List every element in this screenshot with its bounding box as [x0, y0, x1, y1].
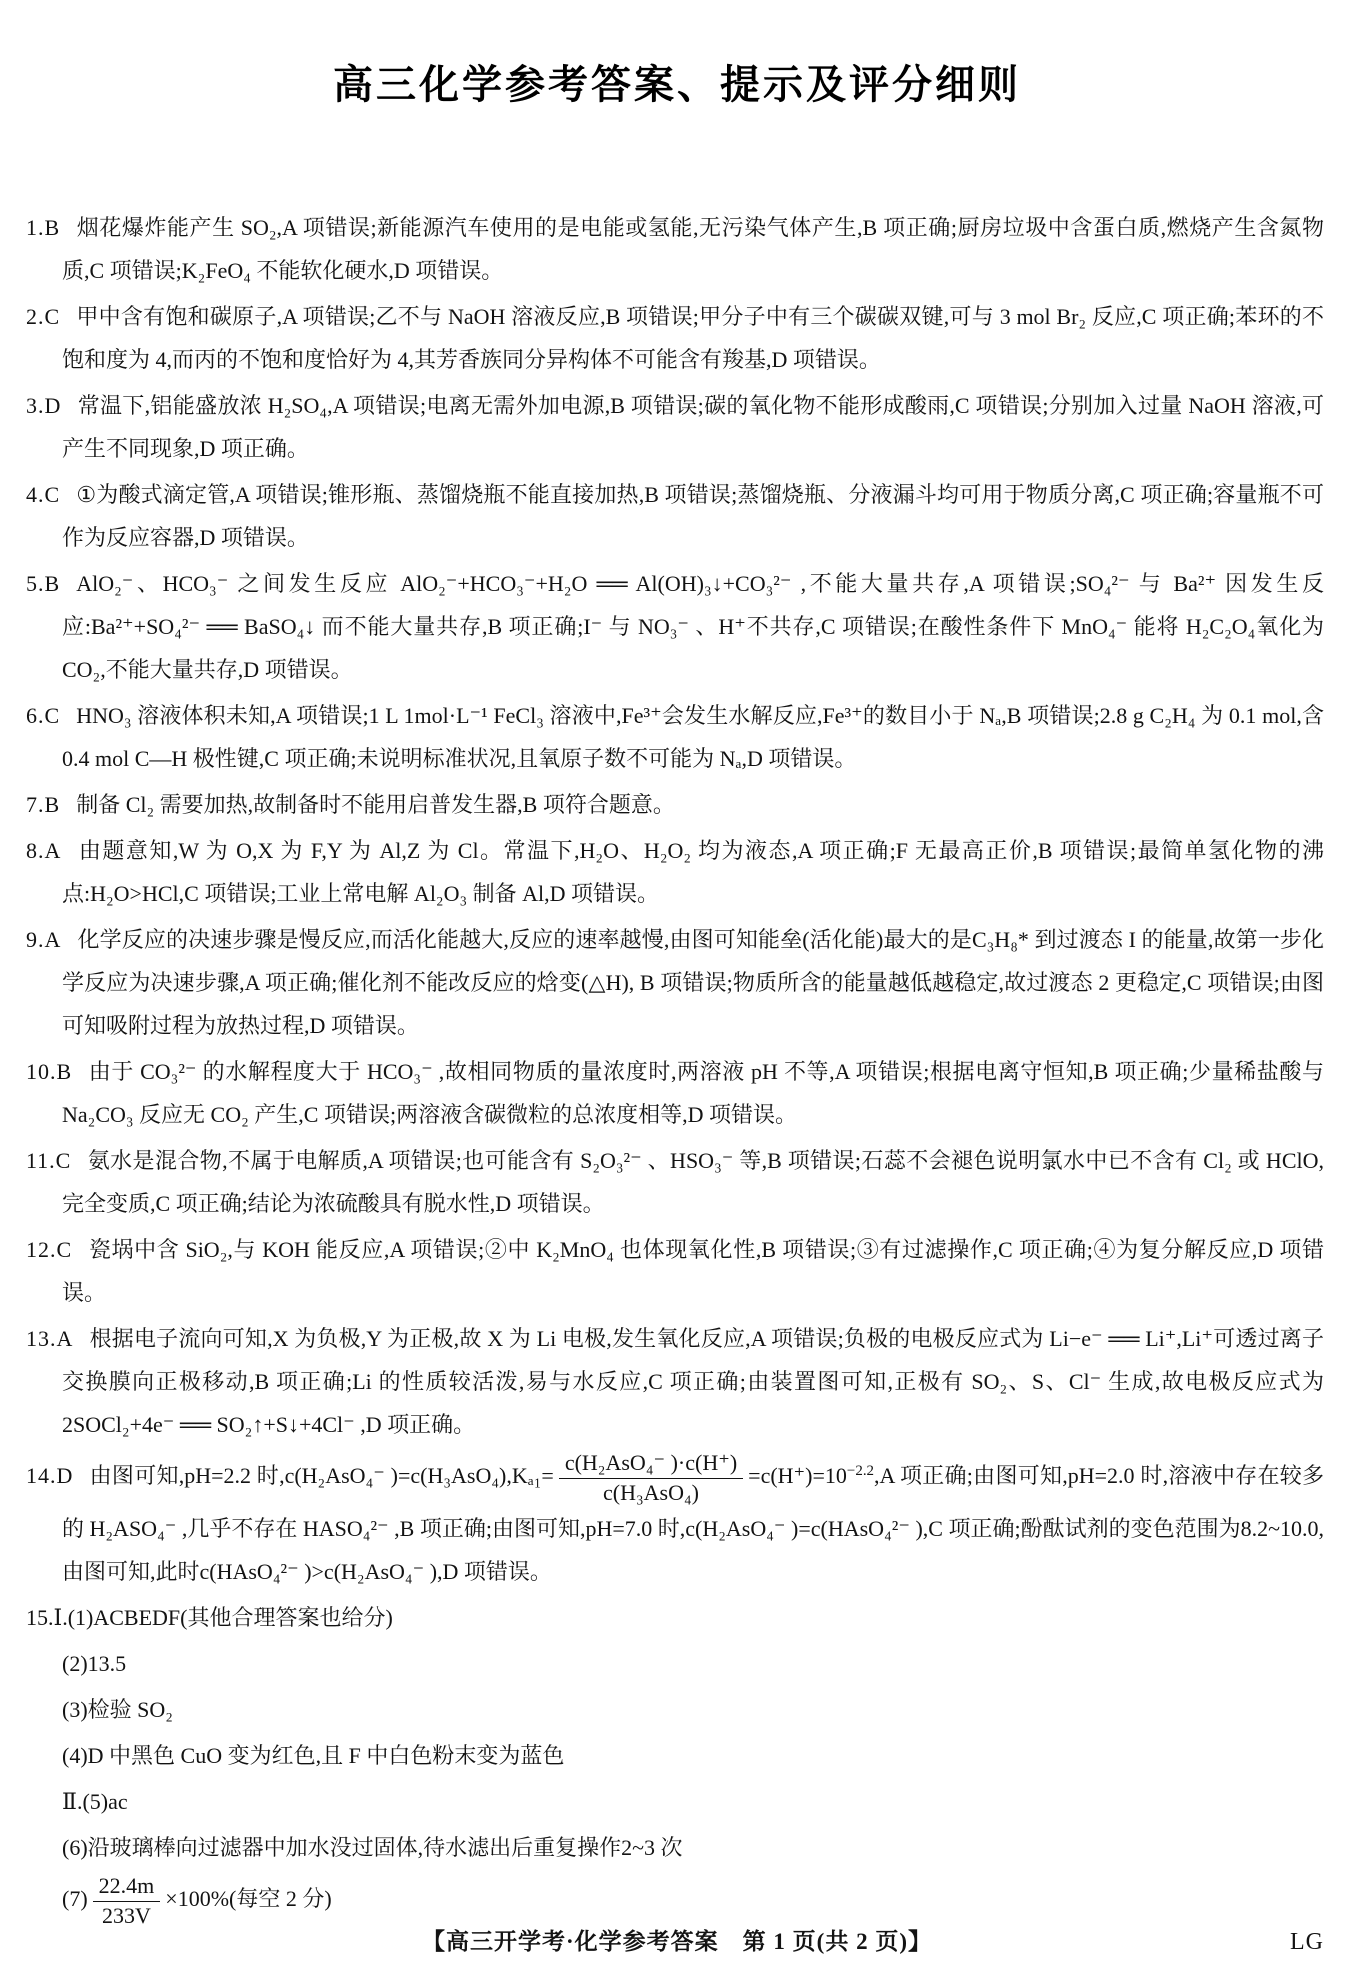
ka1-fraction: c(H₂AsO₄⁻ )·c(H⁺)c(H₃AsO₄): [559, 1449, 743, 1507]
answer-item-15-part-2: (2)13.5: [62, 1642, 1324, 1685]
item-number: 8.A: [26, 838, 61, 863]
item-text: HNO₃ 溶液体积未知,A 项错误;1 L 1mol·L⁻¹ FeCl₃ 溶液中…: [62, 703, 1324, 771]
answer-item-15-part-3: (3)检验 SO₂: [62, 1688, 1324, 1731]
answer-item-11: 11.C氨水是混合物,不属于电解质,A 项错误;也可能含有 S₂O₃²⁻ 、HS…: [26, 1139, 1324, 1225]
item-number: 4.C: [26, 482, 60, 507]
answer-item-15-head: 15.Ⅰ.(1)ACBEDF(其他合理答案也给分): [26, 1596, 1324, 1639]
answer-item-14: 14.D由图可知,pH=2.2 时,c(H₂AsO₄⁻ )=c(H₃AsO₄),…: [26, 1449, 1324, 1593]
answer-item-5: 5.BAlO₂⁻、HCO₃⁻ 之间发生反应 AlO₂⁻+HCO₃⁻+H₂O ══…: [26, 562, 1324, 691]
answer-item-15-part-5: Ⅱ.(5)ac: [62, 1780, 1324, 1823]
fraction-denominator: c(H₃AsO₄): [559, 1478, 743, 1508]
answer-item-3: 3.D常温下,铝能盛放浓 H₂SO₄,A 项错误;电离无需外加电源,B 项错误;…: [26, 384, 1324, 470]
item-number: 12.C: [26, 1237, 72, 1262]
answer-item-9: 9.A化学反应的决速步骤是慢反应,而活化能越大,反应的速率越慢,由图可知能垒(活…: [26, 918, 1324, 1047]
answer-item-1: 1.B烟花爆炸能产生 SO₂,A 项错误;新能源汽车使用的是电能或氢能,无污染气…: [26, 206, 1324, 292]
fraction-numerator: 22.4m: [93, 1872, 161, 1901]
answer-item-4: 4.C①为酸式滴定管,A 项错误;锥形瓶、蒸馏烧瓶不能直接加热,B 项错误;蒸馏…: [26, 473, 1324, 559]
item-number: 10.B: [26, 1059, 72, 1084]
item-text: =c(H⁺)=10: [748, 1463, 847, 1488]
answer-item-12: 12.C瓷埚中含 SiO₂,与 KOH 能反应,A 项错误;②中 K₂MnO₄ …: [26, 1228, 1324, 1314]
answer-item-6: 6.CHNO₃ 溶液体积未知,A 项错误;1 L 1mol·L⁻¹ FeCl₃ …: [26, 694, 1324, 780]
answer-item-13: 13.A根据电子流向可知,X 为负极,Y 为正极,故 X 为 Li 电极,发生氧…: [26, 1317, 1324, 1446]
answer-item-8: 8.A由题意知,W 为 O,X 为 F,Y 为 Al,Z 为 Cl。常温下,H₂…: [26, 829, 1324, 915]
item-text: 常温下,铝能盛放浓 H₂SO₄,A 项错误;电离无需外加电源,B 项错误;碳的氧…: [62, 393, 1324, 461]
item-text: AlO₂⁻、HCO₃⁻ 之间发生反应 AlO₂⁻+HCO₃⁻+H₂O ══ Al…: [62, 571, 1324, 682]
answer-item-10: 10.B由于 CO₃²⁻ 的水解程度大于 HCO₃⁻ ,故相同物质的量浓度时,两…: [26, 1050, 1324, 1136]
answer-item-15-part-6: (6)沿玻璃棒向过滤器中加水没过固体,待水滤出后重复操作2~3 次: [62, 1826, 1324, 1869]
item-number: 1.B: [26, 215, 60, 240]
answer-list: 1.B烟花爆炸能产生 SO₂,A 项错误;新能源汽车使用的是电能或氢能,无污染气…: [26, 206, 1324, 1930]
part-7-suffix: ×100%(每空 2 分): [165, 1886, 331, 1911]
footer-code: LG: [1290, 1919, 1324, 1965]
item-number: 13.A: [26, 1326, 73, 1351]
item-number: 3.D: [26, 393, 61, 418]
item-text: 制备 Cl₂ 需要加热,故制备时不能用启普发生器,B 项符合题意。: [76, 792, 675, 817]
fraction-numerator: c(H₂AsO₄⁻ )·c(H⁺): [559, 1449, 743, 1478]
answer-sheet-page: 高三化学参考答案、提示及评分细则 1.B烟花爆炸能产生 SO₂,A 项错误;新能…: [0, 0, 1354, 1983]
part-7-prefix: (7): [62, 1886, 88, 1911]
exponent: −2.2: [847, 1463, 874, 1479]
item-text: 由于 CO₃²⁻ 的水解程度大于 HCO₃⁻ ,故相同物质的量浓度时,两溶液 p…: [62, 1059, 1324, 1127]
item-text: 根据电子流向可知,X 为负极,Y 为正极,故 X 为 Li 电极,发生氧化反应,…: [62, 1326, 1324, 1437]
answer-item-15-part-4: (4)D 中黑色 CuO 变为红色,且 F 中白色粉末变为蓝色: [62, 1734, 1324, 1777]
page-title: 高三化学参考答案、提示及评分细则: [0, 0, 1354, 110]
item-text: 甲中含有饱和碳原子,A 项错误;乙不与 NaOH 溶液反应,B 项错误;甲分子中…: [62, 304, 1324, 372]
page-footer: 【高三开学考·化学参考答案 第 1 页(共 2 页)】 LG: [0, 1919, 1354, 1965]
item-text: 烟花爆炸能产生 SO₂,A 项错误;新能源汽车使用的是电能或氢能,无污染气体产生…: [62, 215, 1324, 283]
item-number: 14.D: [26, 1463, 73, 1488]
item-number: 9.A: [26, 927, 61, 952]
item-text: 由图可知,pH=2.2 时,c(H₂AsO₄⁻ )=c(H₃AsO₄),Kₐ₁=: [89, 1463, 553, 1488]
answer-item-2: 2.C甲中含有饱和碳原子,A 项错误;乙不与 NaOH 溶液反应,B 项错误;甲…: [26, 295, 1324, 381]
item-text: 瓷埚中含 SiO₂,与 KOH 能反应,A 项错误;②中 K₂MnO₄ 也体现氧…: [62, 1237, 1324, 1305]
answer-item-15: 15.Ⅰ.(1)ACBEDF(其他合理答案也给分) (2)13.5 (3)检验 …: [26, 1596, 1324, 1930]
item-text: 化学反应的决速步骤是慢反应,而活化能越大,反应的速率越慢,由图可知能垒(活化能)…: [62, 927, 1324, 1038]
item-text: ①为酸式滴定管,A 项错误;锥形瓶、蒸馏烧瓶不能直接加热,B 项错误;蒸馏烧瓶、…: [62, 482, 1324, 550]
item-number: 11.C: [26, 1148, 71, 1173]
item-number: 5.B: [26, 571, 60, 596]
item-number: 2.C: [26, 304, 60, 329]
item-number: 7.B: [26, 792, 60, 817]
answer-item-7: 7.B制备 Cl₂ 需要加热,故制备时不能用启普发生器,B 项符合题意。: [26, 783, 1324, 826]
item-text: 由题意知,W 为 O,X 为 F,Y 为 Al,Z 为 Cl。常温下,H₂O、H…: [62, 838, 1324, 906]
footer-label: 【高三开学考·化学参考答案 第 1 页(共 2 页)】: [0, 1919, 1354, 1965]
item-number: 6.C: [26, 703, 60, 728]
item-text: 氨水是混合物,不属于电解质,A 项错误;也可能含有 S₂O₃²⁻ 、HSO₃⁻ …: [62, 1148, 1324, 1216]
